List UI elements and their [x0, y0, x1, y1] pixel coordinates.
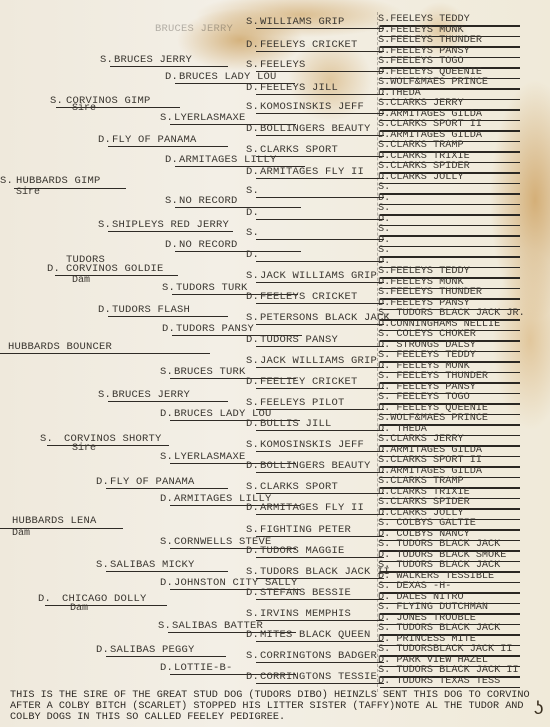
dog-name: PETERSONS BLACK JACK	[260, 313, 390, 324]
role-label: Sire	[72, 104, 96, 114]
gen6-entry: S.CLARKS SPIDER	[378, 162, 470, 172]
prefix: S.	[98, 390, 111, 401]
gen6-entry: S.FEELEYS THUNDER	[378, 36, 482, 46]
dog-name: SALIBAS PEGGY	[110, 645, 195, 656]
gen6-entry: S.	[378, 225, 390, 235]
dog-name: BRUCES JERRY	[112, 390, 190, 401]
underline	[256, 197, 384, 198]
prefix: S.	[160, 367, 173, 378]
dog-name: FEELEYS CRICKET	[260, 292, 358, 303]
dog-name: NO RECORD	[179, 196, 238, 207]
underline	[106, 656, 226, 657]
dog-name: KOMOSINSKIS JEFF	[260, 102, 364, 113]
dog-name: HUBBARDS BOUNCER	[8, 342, 112, 353]
prefix: S.	[165, 196, 178, 207]
underline	[256, 303, 384, 304]
dog-name: FEELEYS CRICKET	[260, 40, 358, 51]
dog-name: KOMOSINSKIS JEFF	[260, 440, 364, 451]
prefix: D.	[160, 494, 173, 505]
prefix: D.	[246, 630, 259, 641]
prefix: S.	[158, 621, 171, 632]
underline	[256, 514, 384, 515]
dog-name: TUDORS FLASH	[112, 305, 190, 316]
underline	[108, 316, 228, 317]
underline	[256, 156, 384, 157]
dog-name: TUDORS MAGGIE	[260, 546, 345, 557]
dog-name: CORRINGTONS BADGER	[260, 651, 377, 662]
gen6-entry: S.WOLF&MAES PRINCE	[378, 414, 488, 424]
underline	[256, 388, 384, 389]
dog-name: CLARKS SPORT	[260, 482, 338, 493]
dog-name: SALIBAS MICKY	[110, 560, 195, 571]
gen6-entry: S. TUDORSBLACK JACK II	[378, 645, 513, 655]
underline	[0, 353, 210, 354]
prefix: D.	[160, 663, 173, 674]
underline	[256, 239, 384, 240]
underline	[256, 71, 384, 72]
prefix: D.	[246, 250, 259, 261]
underline	[45, 605, 167, 606]
underline	[256, 662, 384, 663]
prefix: D.	[96, 477, 109, 488]
underline	[106, 488, 228, 489]
prefix: D.	[160, 409, 173, 420]
gen6-entry: S. TUDORS BLACK JACK	[378, 540, 500, 550]
prefix: S.	[162, 283, 175, 294]
prefix: S.	[100, 55, 113, 66]
gen6-underline	[380, 183, 520, 185]
dog-name: BRUCES JERRY	[114, 55, 192, 66]
prefix: S.	[246, 398, 259, 409]
gen6-entry: S.WOLF&MAES PRINCE	[378, 78, 488, 88]
prefix: D.	[165, 72, 178, 83]
prefix: D.	[246, 546, 259, 557]
gen6-entry: D. TUDORS TEXAS TESS	[378, 677, 500, 687]
prefix: S.	[246, 228, 259, 239]
dog-name: SHIPLEYS RED JERRY	[112, 220, 229, 231]
underline	[106, 571, 228, 572]
underline	[108, 231, 233, 232]
prefix: S.	[246, 482, 259, 493]
prefix: S.	[0, 176, 13, 187]
gen6-entry: S.CLARKS SPORT II	[378, 120, 482, 130]
dog-name: BOLLINGERS BEAUTY	[260, 461, 371, 472]
gen6-underline	[380, 193, 520, 195]
prefix: D.	[246, 292, 259, 303]
prefix: S.	[246, 60, 259, 71]
dog-name: LYERLASMAXE	[174, 113, 246, 124]
prefix: S.	[246, 17, 259, 28]
prefix: S.	[246, 567, 259, 578]
gen6-entry: D.CLARKS JOLLY	[378, 173, 464, 183]
prefix: S.	[160, 113, 173, 124]
prefix: D.	[246, 167, 259, 178]
gen6-underline	[380, 204, 520, 206]
gen6-entry: S. DEXAS -H-	[378, 582, 451, 592]
gen6-entry: S.CLARKS SPIDER	[378, 498, 470, 508]
gen6-entry: S.FEELEYS TEDDY	[378, 267, 470, 277]
role-label: Dam	[70, 604, 88, 614]
gen6-entry: S.	[378, 246, 390, 256]
underline	[256, 599, 384, 600]
gen6-entry: S.CLARKS TRAMP	[378, 477, 464, 487]
underline	[256, 620, 384, 621]
gen6-entry: S.FEELEYS TOGO	[378, 57, 464, 67]
underline	[256, 135, 384, 136]
dog-name: FLY OF PANAMA	[112, 135, 197, 146]
dog-name: ARMITAGES FLY II	[260, 167, 364, 178]
underline	[256, 282, 384, 283]
gen6-entry: S.FEELEYS THUNDER	[378, 288, 482, 298]
prefix: S.	[246, 186, 259, 197]
gen6-entry: S. TUDORS BLACK JACK	[378, 561, 500, 571]
prefix: S.	[96, 560, 109, 571]
footnote: THIS IS THE SIRE OF THE GREAT STUD DOG (…	[10, 690, 540, 723]
underline	[256, 409, 384, 410]
gen6-entry: S.	[378, 183, 390, 193]
prefix: D.	[47, 264, 60, 275]
prefix: D.	[246, 208, 259, 219]
prefix: S.	[246, 271, 259, 282]
prefix: S.	[40, 434, 53, 445]
underline	[256, 430, 384, 431]
gen6-entry: S. FLYING DUTCHMAN	[378, 603, 488, 613]
dog-name: TUDORS PANSY	[260, 335, 338, 346]
prefix: S.	[246, 356, 259, 367]
prefix: D.	[162, 324, 175, 335]
role-label: Dam	[12, 529, 30, 539]
gen6-entry: S.FEELEYS TEDDY	[378, 15, 470, 25]
dog-name: JACK WILLIAMS GRIP	[260, 356, 377, 367]
underline	[256, 261, 384, 262]
gen6-entry: S. TUDORS BLACK JACK JR.	[378, 309, 525, 319]
dog-name: BULLIS JILL	[260, 419, 332, 430]
prefix: D.	[246, 503, 259, 514]
prefix: S.	[246, 525, 259, 536]
dog-name: STEFANS BESSIE	[260, 588, 351, 599]
gen6-underline	[380, 246, 520, 248]
underline	[256, 346, 384, 347]
role-label: Dam	[72, 276, 90, 286]
prefix: D.	[165, 155, 178, 166]
gen6-entry: S.CLARKS JERRY	[378, 99, 464, 109]
gen6-entry: S. COLBYS GALTIE	[378, 519, 476, 529]
underline	[256, 367, 384, 368]
dog-name: FLY OF PANAMA	[110, 477, 195, 488]
underline	[256, 51, 384, 52]
gen6-underline	[380, 225, 520, 227]
prefix: D.	[98, 305, 111, 316]
dog-name: FIGHTING PETER	[260, 525, 351, 536]
dog-name: CORRINGTONS TESSIE	[260, 672, 377, 683]
underline	[108, 146, 228, 147]
prefix: S.	[246, 440, 259, 451]
dog-name: FEELEYS	[260, 60, 306, 71]
dog-name: FEELEYS PILOT	[260, 398, 345, 409]
prefix: S.	[98, 220, 111, 231]
prefix: S.	[246, 102, 259, 113]
prefix: D.	[38, 594, 51, 605]
underline	[256, 219, 384, 220]
prefix: S.	[160, 452, 173, 463]
prefix: D.	[246, 124, 259, 135]
dog-name: FEELIEY CRICKET	[260, 377, 358, 388]
prefix: D.	[246, 419, 259, 430]
gen6-entry: S. TUDORS BLACK JACK	[378, 624, 500, 634]
dog-name: HUBBARDS LENA	[12, 516, 97, 527]
prefix: S.	[160, 537, 173, 548]
underline	[175, 251, 301, 252]
dog-name: ARMITAGES FLY II	[260, 503, 364, 514]
dog-name: NO RECORD	[179, 240, 238, 251]
prefix: D.	[98, 135, 111, 146]
gen6-underline	[380, 235, 520, 237]
gen6-entry: S. TUDORS BLACK JACK II	[378, 666, 519, 676]
dog-name: FEELEYS JILL	[260, 83, 338, 94]
prefix: S.	[246, 609, 259, 620]
gen6-entry: S.CLARKS JERRY	[378, 435, 464, 445]
prefix: D.	[246, 588, 259, 599]
underline	[256, 683, 384, 684]
dog-name: TUDORS PANSY	[176, 324, 254, 335]
dog-name: HUBBARDS GIMP	[16, 176, 101, 187]
prefix: S.	[246, 145, 259, 156]
underline	[256, 94, 384, 95]
underline	[108, 401, 228, 402]
prefix: D.	[96, 645, 109, 656]
prefix: D.	[246, 461, 259, 472]
underline	[256, 178, 384, 179]
dog-name: MITES BLACK QUEEN	[260, 630, 371, 641]
prefix: D.	[246, 335, 259, 346]
gen6-underline	[380, 687, 520, 689]
prefix: S.	[50, 96, 63, 107]
dog-name: TUDORS TURK	[176, 283, 248, 294]
underline	[256, 536, 384, 537]
dog-name: LOTTIE-B-	[174, 663, 233, 674]
dog-name: CORVINOS GOLDIE	[66, 264, 164, 275]
stained-header: BRUCES JERRY	[155, 24, 233, 35]
underline	[256, 472, 384, 473]
dog-name: BOLLINGERS BEAUTY	[260, 124, 371, 135]
underline	[256, 324, 384, 325]
torn-edge-mark: ʖ	[533, 700, 544, 720]
gen6-entry: S.CLARKS SPORT II	[378, 456, 482, 466]
prefix: D.	[246, 672, 259, 683]
dog-name: TUDORS BLACK JACK II	[260, 567, 390, 578]
gen6-entry: S.	[378, 204, 390, 214]
gen6-entry: S. FEELEYS TOGO	[378, 393, 470, 403]
underline	[256, 493, 384, 494]
underline	[47, 445, 169, 446]
role-label: Sire	[16, 188, 40, 198]
prefix: D.	[160, 578, 173, 589]
dog-name: WILLIAMS GRIP	[260, 17, 345, 28]
prefix: D.	[165, 240, 178, 251]
dog-name: LYERLASMAXE	[174, 452, 246, 463]
dog-name: CLARKS SPORT	[260, 145, 338, 156]
gen6-entry: S. FEELEYS THUNDER	[378, 372, 488, 382]
underline	[110, 66, 228, 67]
prefix: D.	[246, 377, 259, 388]
underline	[256, 578, 384, 579]
gen6-entry: S. COLEYS CHOKER	[378, 330, 476, 340]
prefix: D.	[246, 40, 259, 51]
gen6-underline	[380, 214, 520, 216]
underline	[256, 557, 384, 558]
role-label: Sire	[72, 444, 96, 454]
prefix: D.	[246, 83, 259, 94]
dog-name: JACK WILLIAMS GRIP	[260, 271, 377, 282]
underline	[175, 207, 301, 208]
dog-name: BRUCES TURK	[174, 367, 246, 378]
prefix: S.	[246, 313, 259, 324]
dog-name: IRVINS MEMPHIS	[260, 609, 351, 620]
underline	[256, 641, 384, 642]
gen6-underline	[380, 256, 520, 258]
underline	[256, 113, 384, 114]
gen6-entry: S. FEELEYS TEDDY	[378, 351, 476, 361]
prefix: S.	[246, 651, 259, 662]
underline	[256, 451, 384, 452]
gen6-entry: S.CLARKS TRAMP	[378, 141, 464, 151]
underline	[256, 28, 384, 29]
